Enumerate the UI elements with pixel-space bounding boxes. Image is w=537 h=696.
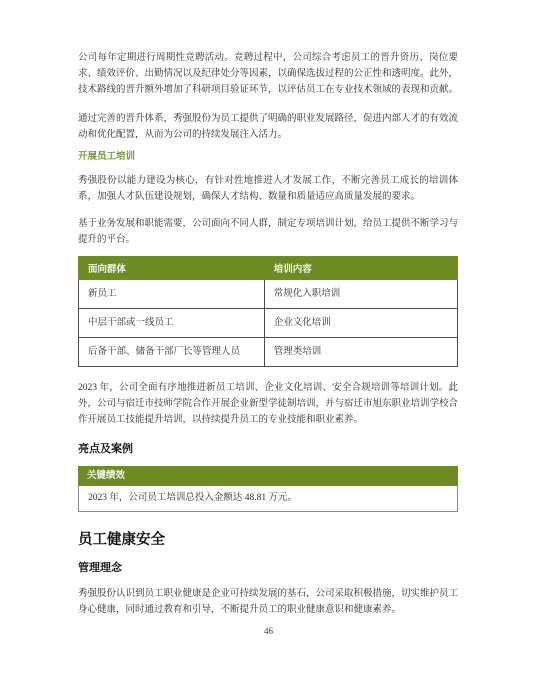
- page-number: 46: [0, 626, 537, 636]
- key-performance-text: 2023 年，公司员工培训总投入金额达 48.81 万元。: [78, 486, 458, 512]
- paragraph-promotion-process: 公司每年定期进行周期性竞聘活动。竞聘过程中，公司综合考虑员工的晋升资历、岗位要求…: [78, 50, 458, 98]
- table-row: 中层干部或一线员工 企业文化培训: [79, 309, 458, 338]
- paragraph-training-plan: 基于业务发展和职能需要，公司面向不同人群，制定专项培训计划，给员工提供不断学习与…: [78, 216, 458, 248]
- table-header-row: 面向群体 培训内容: [79, 257, 458, 280]
- subheading-management-philosophy: 管理理念: [78, 562, 458, 575]
- table-cell-audience: 后备干部、储备干部厂长等管理人员: [79, 338, 265, 367]
- table-cell-content: 管理类培训: [264, 338, 457, 367]
- table-header-content: 培训内容: [264, 257, 457, 280]
- table-row: 新员工 常规化入职培训: [79, 280, 458, 309]
- key-performance-box: 关键绩效 2023 年，公司员工培训总投入金额达 48.81 万元。: [78, 466, 458, 512]
- report-page: 公司每年定期进行周期性竞聘活动。竞聘过程中，公司综合考虑员工的晋升资历、岗位要求…: [0, 0, 537, 696]
- table-header-audience: 面向群体: [79, 257, 265, 280]
- paragraph-training-system: 秀强股份以能力建设为核心，有针对性地推进人才发展工作，不断完善员工成长的培训体系…: [78, 173, 458, 205]
- table-cell-audience: 中层干部或一线员工: [79, 309, 265, 338]
- training-table: 面向群体 培训内容 新员工 常规化入职培训 中层干部或一线员工 企业文化培训 后…: [78, 256, 458, 367]
- table-row: 后备干部、储备干部厂长等管理人员 管理类培训: [79, 338, 458, 367]
- table-cell-audience: 新员工: [79, 280, 265, 309]
- page-content: 公司每年定期进行周期性竞聘活动。竞聘过程中，公司综合考虑员工的晋升资历、岗位要求…: [78, 0, 458, 618]
- paragraph-health-philosophy: 秀强股份认识到员工职业健康是企业可持续发展的基石，公司采取积极措施，切实维护员工…: [78, 586, 458, 618]
- chapter-heading-health-safety: 员工健康安全: [78, 531, 458, 549]
- table-cell-content: 企业文化培训: [264, 309, 457, 338]
- key-performance-label: 关键绩效: [78, 466, 458, 486]
- section-heading-employee-training: 开展员工培训: [78, 151, 458, 164]
- paragraph-training-2023: 2023 年，公司全面有序地推进新员工培训、企业文化培训、安全合规培训等培训计划…: [78, 380, 458, 428]
- paragraph-promotion-system: 通过完善的晋升体系，秀强股份为员工提供了明确的职业发展路径，促进内部人才的有效流…: [78, 111, 458, 143]
- table-cell-content: 常规化入职培训: [264, 280, 457, 309]
- highlights-heading: 亮点及案例: [78, 442, 458, 456]
